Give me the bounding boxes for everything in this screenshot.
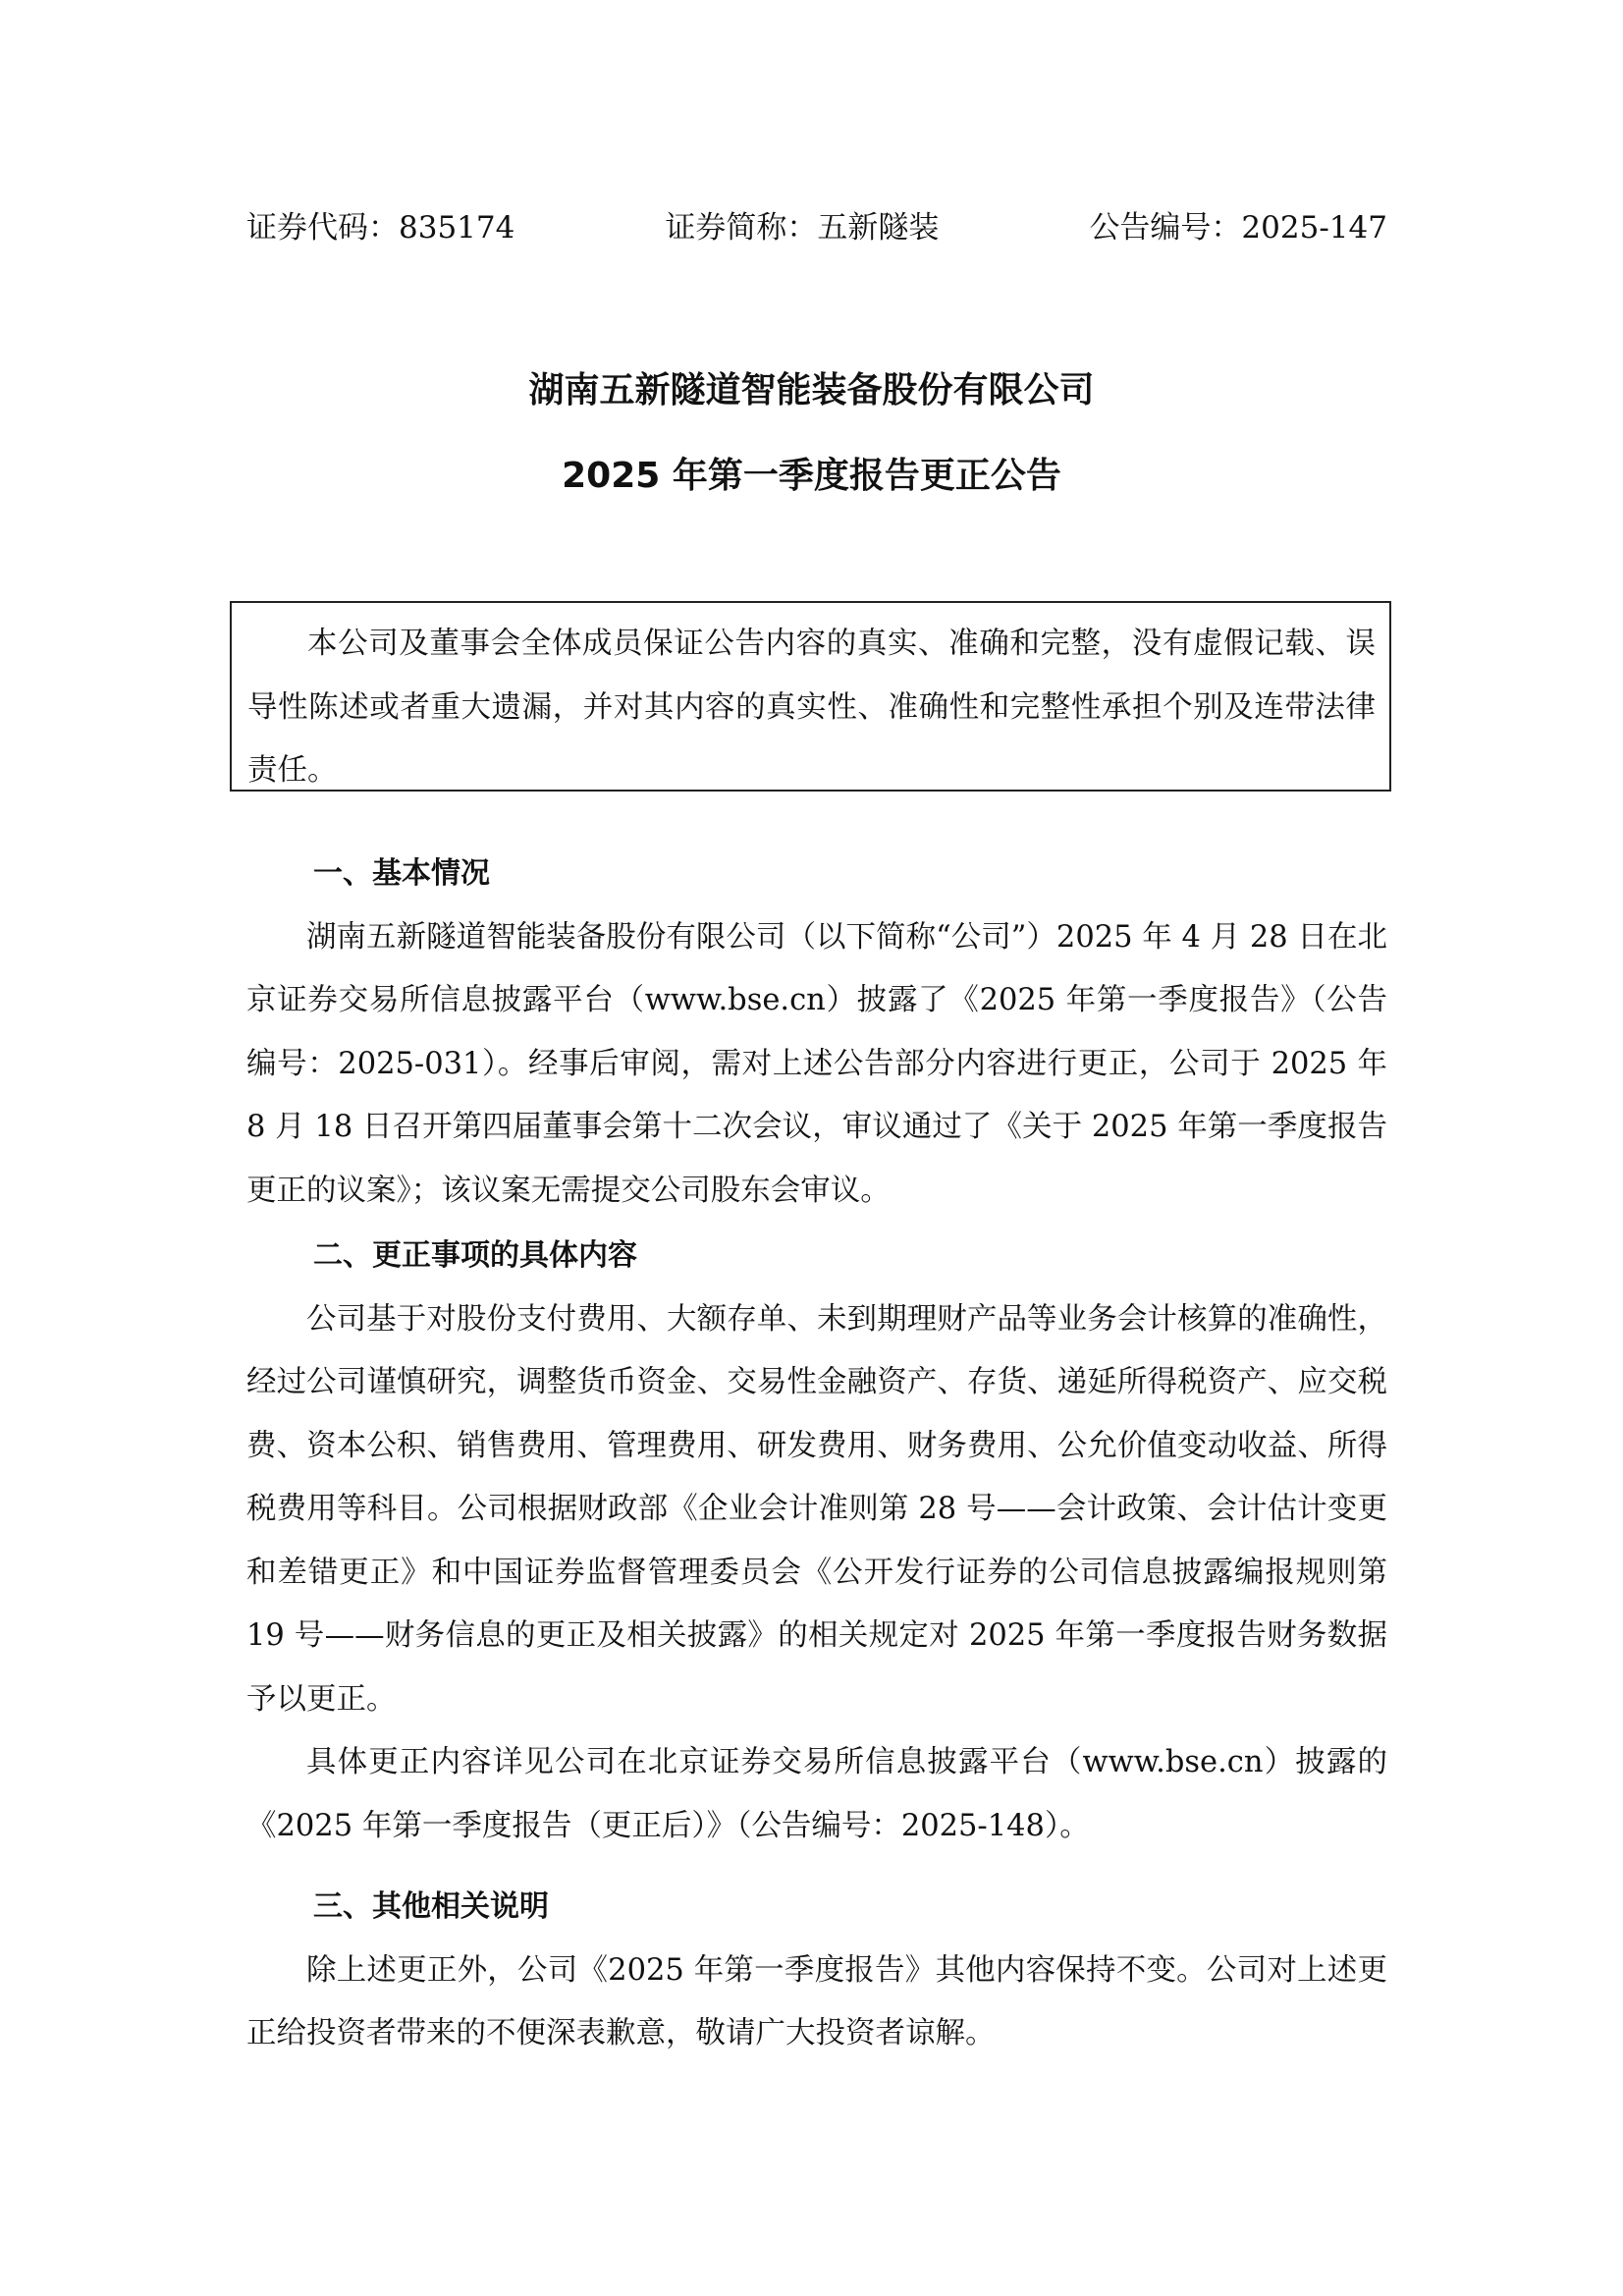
section-heading: 一、基本情况 xyxy=(246,843,1387,906)
stock-abbreviation: 证券简称：五新隧装 xyxy=(665,206,939,249)
section-paragraph: 公司基于对股份支付费用、大额存单、未到期理财产品等业务会计核算的准确性，经过公司… xyxy=(246,1288,1387,1732)
section-other-notes: 三、其他相关说明 除上述更正外，公司《2025 年第一季度报告》其他内容保持不变… xyxy=(246,1876,1387,2066)
stock-code: 证券代码：835174 xyxy=(246,206,514,249)
announcement-title: 2025 年第一季度报告更正公告 xyxy=(0,452,1623,501)
section-basic-info: 一、基本情况 湖南五新隧道智能装备股份有限公司（以下简称“公司”）2025 年 … xyxy=(246,843,1387,1223)
disclaimer-text: 本公司及董事会全体成员保证公告内容的真实、准确和完整，没有虚假记载、误导性陈述或… xyxy=(247,613,1376,803)
section-heading: 二、更正事项的具体内容 xyxy=(246,1225,1387,1288)
announcement-number: 公告编号：2025-147 xyxy=(1089,206,1387,249)
section-paragraph: 湖南五新隧道智能装备股份有限公司（以下简称“公司”）2025 年 4 月 28 … xyxy=(246,906,1387,1224)
announcement-header: 证券代码：835174 证券简称：五新隧装 公告编号：2025-147 xyxy=(246,206,1387,249)
section-paragraph: 除上述更正外，公司《2025 年第一季度报告》其他内容保持不变。公司对上述更正给… xyxy=(246,1940,1387,2066)
company-title: 湖南五新隧道智能装备股份有限公司 xyxy=(0,366,1623,415)
section-paragraph: 具体更正内容详见公司在北京证券交易所信息披露平台（www.bse.cn）披露的《… xyxy=(246,1731,1387,1858)
disclaimer-box: 本公司及董事会全体成员保证公告内容的真实、准确和完整，没有虚假记载、误导性陈述或… xyxy=(230,601,1391,792)
section-heading: 三、其他相关说明 xyxy=(246,1876,1387,1940)
section-correction-details: 二、更正事项的具体内容 公司基于对股份支付费用、大额存单、未到期理财产品等业务会… xyxy=(246,1225,1387,1858)
document-page: 证券代码：835174 证券简称：五新隧装 公告编号：2025-147 湖南五新… xyxy=(0,0,1623,2296)
